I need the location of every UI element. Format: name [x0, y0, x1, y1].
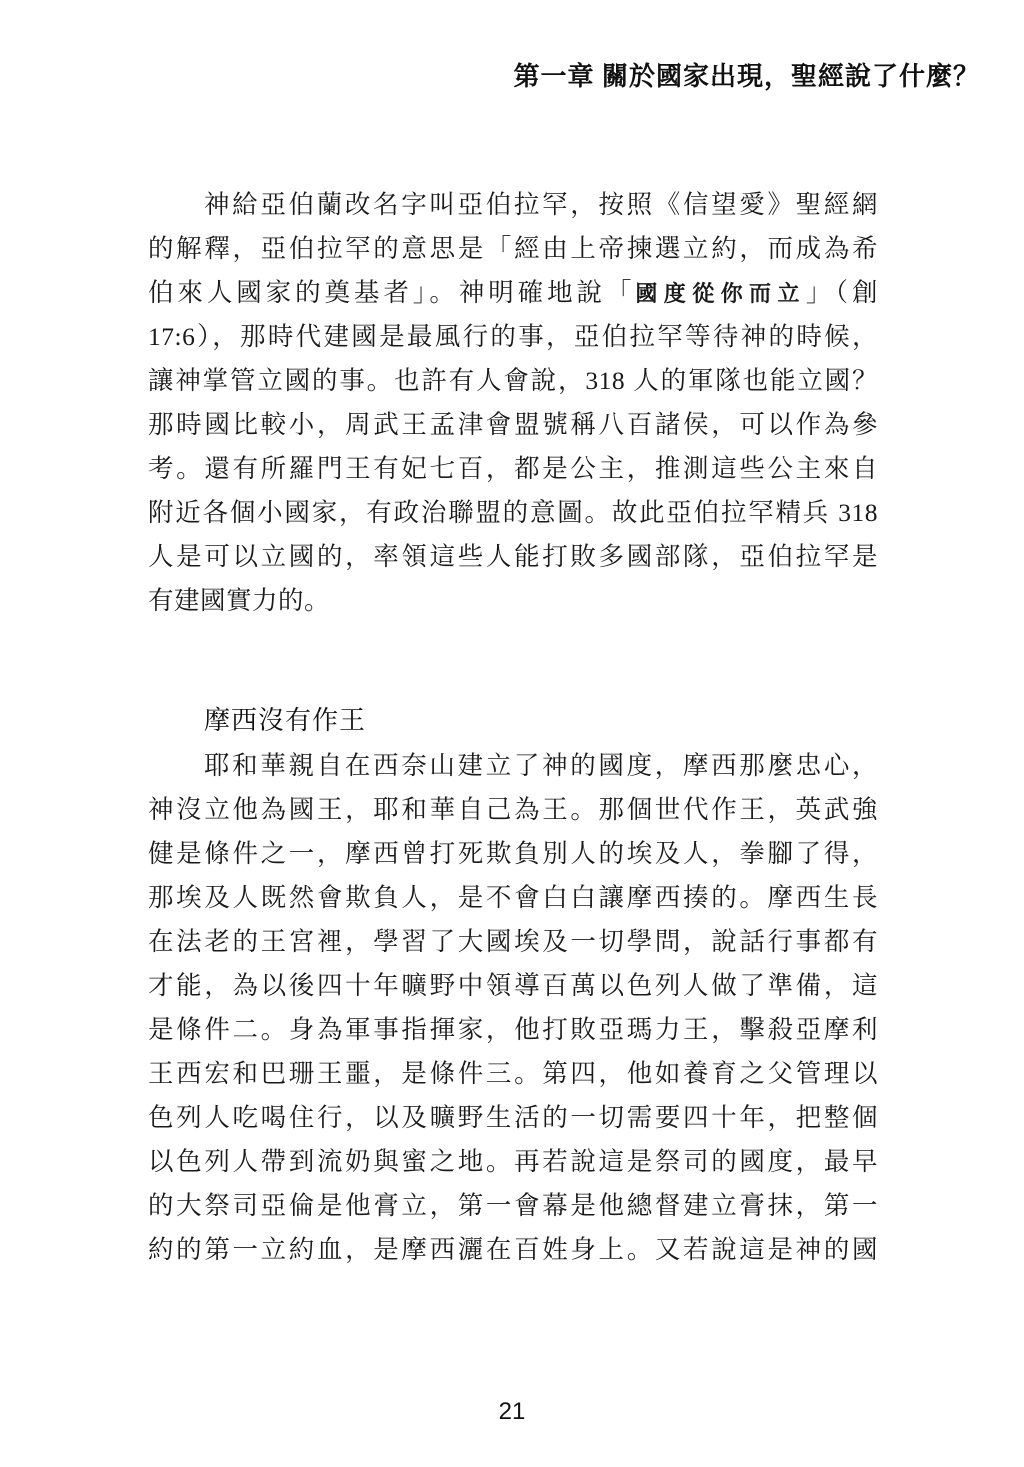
- paragraph-line: 健是條件之一，摩西曾打死欺負別人的埃及人，拳腳了得，: [148, 832, 878, 876]
- paragraph-line: 人是可以立國的，率領這些人能打敗多國部隊，亞伯拉罕是: [148, 535, 878, 579]
- paragraph-line-with-quote: 伯來人國家的奠基者」。神明確地說「國度從你而立」（創: [148, 271, 878, 315]
- paragraph-line: 約的第一立約血，是摩西灑在百姓身上。又若說這是神的國: [148, 1228, 878, 1272]
- paragraph-line: 神沒立他為國王，耶和華自己為王。那個世代作王，英武強: [148, 788, 878, 832]
- paragraph-line-text: 」（創: [806, 278, 878, 307]
- paragraph-line: 以色列人帶到流奶與蜜之地。再若說這是祭司的國度，最早: [148, 1140, 878, 1184]
- paragraph-line: 那埃及人既然會欺負人，是不會白白讓摩西揍的。摩西生長: [148, 876, 878, 920]
- paragraph-line: 王西宏和巴珊王噩，是條件三。第四，他如養育之父管理以: [148, 1052, 878, 1096]
- paragraph-line: 附近各個小國家，有政治聯盟的意圖。故此亞伯拉罕精兵 318: [148, 491, 878, 535]
- paragraph-line: 是條件二。身為軍事指揮家，他打敗亞瑪力王，擊殺亞摩利: [148, 1008, 878, 1052]
- paragraph-line: 耶和華親自在西奈山建立了神的國度，摩西那麼忠心，: [148, 744, 878, 788]
- paragraph-line: 有建國實力的。: [148, 579, 878, 623]
- section-heading: 摩西沒有作王: [204, 700, 366, 737]
- paragraph-line: 那時國比較小，周武王孟津會盟號稱八百諸侯，可以作為參: [148, 403, 878, 447]
- paragraph-line-text: 伯來人國家的奠基者」。神明確地說「: [148, 278, 635, 307]
- paragraph-moses: 耶和華親自在西奈山建立了神的國度，摩西那麼忠心， 神沒立他為國王，耶和華自己為王…: [148, 744, 878, 1272]
- paragraph-line: 考。還有所羅門王有妃七百，都是公主，推測這些公主來自: [148, 447, 878, 491]
- paragraph-line: 讓神掌管立國的事。也許有人會說，318 人的軍隊也能立國？: [148, 359, 878, 403]
- paragraph-abraham: 神給亞伯蘭改名字叫亞伯拉罕，按照《信望愛》聖經網 的解釋，亞伯拉罕的意思是「經由…: [148, 183, 878, 623]
- paragraph-line: 色列人吃喝住行，以及曠野生活的一切需要四十年，把整個: [148, 1096, 878, 1140]
- paragraph-line: 的解釋，亞伯拉罕的意思是「經由上帝揀選立約，而成為希: [148, 227, 878, 271]
- paragraph-line: 在法老的王宮裡，學習了大國埃及一切學問，說話行事都有: [148, 920, 878, 964]
- page-number: 21: [0, 1398, 1024, 1426]
- emphasized-quote: 國度從你而立: [635, 281, 806, 307]
- paragraph-line: 的大祭司亞倫是他膏立，第一會幕是他總督建立膏抹，第一: [148, 1184, 878, 1228]
- paragraph-line: 神給亞伯蘭改名字叫亞伯拉罕，按照《信望愛》聖經網: [148, 183, 878, 227]
- paragraph-line: 17:6），那時代建國是最風行的事，亞伯拉罕等待神的時候，: [148, 315, 878, 359]
- running-header-chapter-title: 第一章 關於國家出現，聖經說了什麼？: [513, 56, 980, 93]
- paragraph-line: 才能，為以後四十年曠野中領導百萬以色列人做了準備，這: [148, 964, 878, 1008]
